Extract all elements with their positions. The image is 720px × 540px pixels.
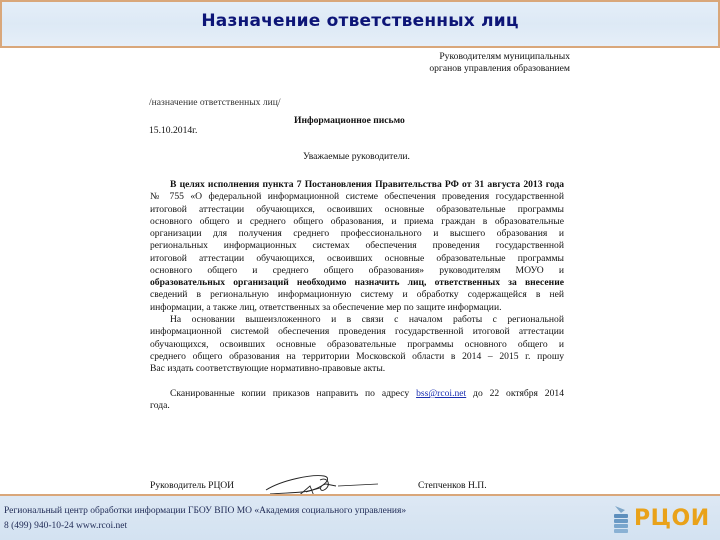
paragraph-text: до 22 октября 2014 [466, 388, 564, 399]
paragraph-line: Вас издать соответствующие нормативно-пр… [150, 363, 564, 375]
paragraph-line: основного общего и среднего общего образ… [150, 216, 564, 228]
paragraph-line: обучающихся, освоивших основные образова… [150, 339, 564, 351]
footer-organization: Региональный центр обработки информации … [4, 506, 406, 516]
signature-name: Степченков Н.П. [418, 480, 487, 491]
paragraph-line: основного общего и среднего общего образ… [150, 265, 564, 277]
paragraph-3: Сканированные копии приказов направить п… [150, 388, 564, 413]
slide-footer: Региональный центр обработки информации … [0, 494, 720, 540]
letter-document: Руководителям муниципальных органов упра… [0, 48, 720, 494]
letter-date: 15.10.2014г. [149, 125, 197, 136]
paragraph-line: итоговой аттестации обучающихся, освоивш… [150, 253, 564, 265]
rcoi-logo: РЦОИ [612, 504, 712, 536]
slide-header: Назначение ответственных лиц [0, 0, 720, 48]
paragraph-line: Сканированные копии приказов направить п… [150, 388, 564, 400]
paragraph-1: В целях исполнения пункта 7 Постановлени… [150, 179, 564, 314]
paragraph-line: среднего общего образования на территори… [150, 351, 564, 363]
paragraph-line: информации, а также лиц, ответственных з… [150, 302, 564, 314]
paragraph-text: Сканированные копии приказов направить п… [170, 388, 416, 399]
letter-greeting: Уважаемые руководители. [303, 151, 410, 162]
addressee-line-2: органов управления образованием [429, 63, 570, 74]
paragraph-line: В целях исполнения пункта 7 Постановлени… [150, 179, 564, 191]
paragraph-line: образовательных организаций необходимо н… [150, 277, 564, 289]
paragraph-line: сведений в региональную информационную с… [150, 289, 564, 301]
paragraph-line: итоговой аттестации обучающихся, освоивш… [150, 204, 564, 216]
logo-text: РЦОИ [634, 506, 710, 531]
footer-contacts: 8 (499) 940-10-24 www.rcoi.net [4, 521, 127, 531]
paragraph-line: года. [150, 400, 564, 412]
paragraph-2: На основании вышеизложенного и в связи с… [150, 314, 564, 375]
addressee-line-1: Руководителям муниципальных [439, 51, 570, 62]
email-link[interactable]: bss@rcoi.net [416, 388, 466, 399]
letter-title: Информационное письмо [294, 115, 405, 126]
paragraph-line: № 755 «О федеральной информационной сист… [150, 191, 564, 203]
paragraph-line: организации для получения среднего профе… [150, 228, 564, 240]
paragraph-line: региональных информационных системах обе… [150, 240, 564, 252]
paragraph-line: информационной системой обеспечения пров… [150, 326, 564, 338]
server-stack-icon [612, 504, 630, 536]
signature-position: Руководитель РЦОИ [150, 480, 234, 491]
slide-title: Назначение ответственных лиц [2, 11, 718, 31]
paragraph-line: На основании вышеизложенного и в связи с… [150, 314, 564, 326]
letter-subject: /назначение ответственных лиц/ [149, 97, 281, 108]
